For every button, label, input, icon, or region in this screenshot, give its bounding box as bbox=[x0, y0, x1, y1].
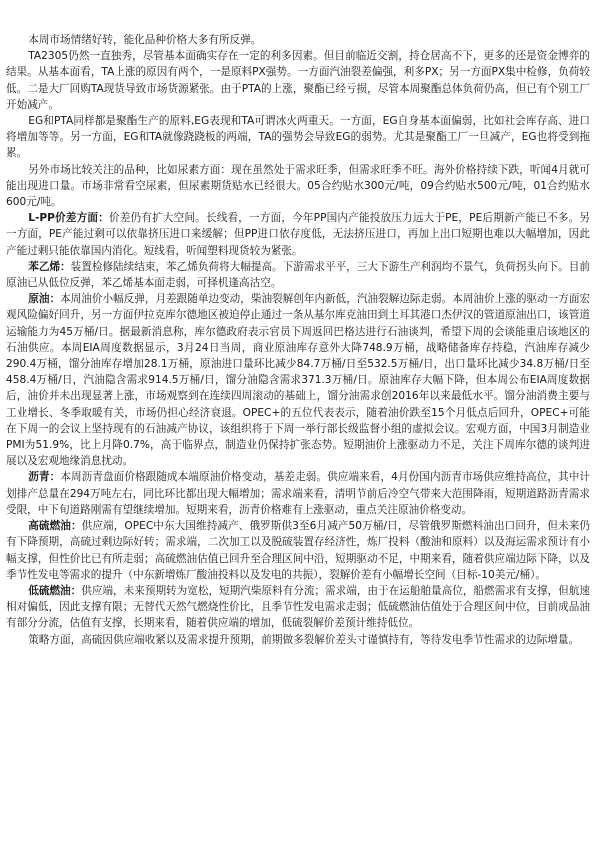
paragraph-text: 供应端，未来预期转为宽松，短期汽柴原料有分流；需求端，由于在运船舶量高位，船燃需… bbox=[6, 585, 590, 629]
paragraph-low-sulfur-fuel-oil: 低硫燃油：供应端，未来预期转为宽松，短期汽柴原料有分流；需求端，由于在运船舶量高… bbox=[6, 583, 590, 632]
paragraph-strategy: 策略方面，高硫因供应端收紧以及需求提升预期，前期做多裂解价差头寸谨慎持有，等待发… bbox=[6, 632, 590, 648]
document-body: 本周市场情绪好转，能化品种价格大多有所反弹。 TA2305仍然一直独秀，尽管基本… bbox=[6, 32, 590, 648]
paragraph-crude-oil: 原油：本周油价小幅反弹，月差跟随单边变动，柴油裂解创年内新低，汽油裂解边际走弱。… bbox=[6, 291, 590, 469]
paragraph-text: 供应端，OPEC中东大国维持减产、俄罗斯供3至6月减产50万桶/日，尽管俄罗斯燃… bbox=[6, 520, 590, 581]
paragraph-lead: L-PP价差方面： bbox=[28, 212, 109, 224]
paragraph-styrene: 苯乙烯：装置检修陆续结束，苯乙烯负荷将大幅提高。下游需求平平，三大下游生产利润均… bbox=[6, 259, 590, 291]
paragraph-text: 装置检修陆续结束，苯乙烯负荷将大幅提高。下游需求平平，三大下游生产利润均不景气，… bbox=[6, 261, 590, 289]
paragraph-lead: 苯乙烯： bbox=[28, 261, 70, 273]
paragraph-high-sulfur-fuel-oil: 高硫燃油：供应端，OPEC中东大国维持减产、俄罗斯供3至6月减产50万桶/日，尽… bbox=[6, 518, 590, 583]
paragraph-asphalt: 沥青：本周沥青盘面价格跟随成本端原油价格变动，基差走弱。供应端来看，4月份国内沥… bbox=[6, 469, 590, 518]
paragraph-pta: TA2305仍然一直独秀，尽管基本面确实存在一定的利多因素。但目前临近交割，持仓… bbox=[6, 48, 590, 113]
paragraph-urea: 另外市场比较关注的品种，比如尿素方面：现在虽然处于需求旺季，但需求旺季不旺。海外… bbox=[6, 162, 590, 211]
paragraph-text: 本周油价小幅反弹，月差跟随单边变动，柴油裂解创年内新低，汽油裂解边际走弱。本周油… bbox=[6, 293, 590, 467]
paragraph-text: EG和PTA同样都是聚酯生产的原料,EG表现和TA可谓冰火两重天。一方面，EG自… bbox=[6, 115, 590, 159]
paragraph-lead: 高硫燃油： bbox=[28, 520, 81, 532]
paragraph-market-sentiment: 本周市场情绪好转，能化品种价格大多有所反弹。 bbox=[6, 32, 590, 48]
paragraph-eg: EG和PTA同样都是聚酯生产的原料,EG表现和TA可谓冰火两重天。一方面，EG自… bbox=[6, 113, 590, 162]
paragraph-lead: 原油： bbox=[28, 293, 60, 305]
paragraph-text: 策略方面，高硫因供应端收紧以及需求提升预期，前期做多裂解价差头寸谨慎持有，等待发… bbox=[28, 634, 579, 646]
paragraph-text: 另外市场比较关注的品种，比如尿素方面：现在虽然处于需求旺季，但需求旺季不旺。海外… bbox=[6, 164, 590, 208]
paragraph-text: 本周沥青盘面价格跟随成本端原油价格变动，基差走弱。供应端来看，4月份国内沥青市场… bbox=[6, 471, 590, 515]
paragraph-l-pp-spread: L-PP价差方面：价差仍有扩大空间。长线看，一方面，今年PP国内产能投放压力远大… bbox=[6, 210, 590, 259]
paragraph-lead: 低硫燃油： bbox=[28, 585, 81, 597]
paragraph-text: TA2305仍然一直独秀，尽管基本面确实存在一定的利多因素。但目前临近交割，持仓… bbox=[6, 50, 590, 111]
paragraph-text: 本周市场情绪好转，能化品种价格大多有所反弹。 bbox=[28, 34, 261, 46]
paragraph-lead: 沥青： bbox=[28, 471, 60, 483]
